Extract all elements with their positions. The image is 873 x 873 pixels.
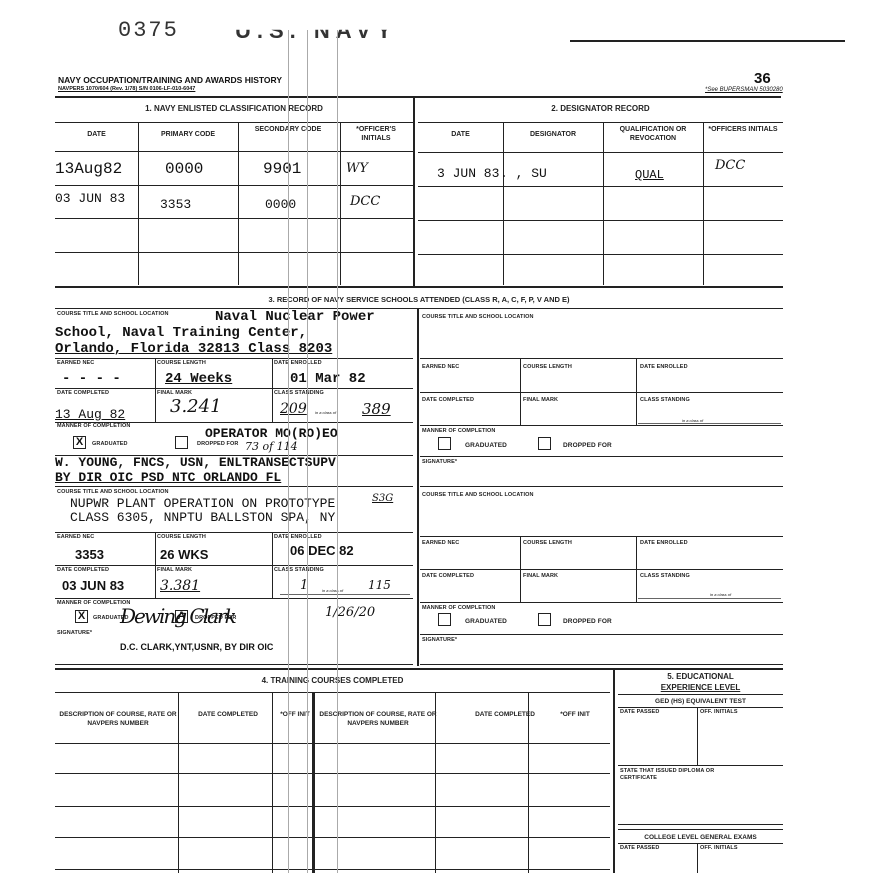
label-class-standing: CLASS STANDING xyxy=(274,567,324,573)
divider xyxy=(55,773,610,774)
section2-title: 2. DESIGNATOR RECORD xyxy=(418,104,783,113)
e2-signature-scrawl: Dewing Clark xyxy=(120,604,235,628)
divider xyxy=(55,869,610,870)
state-issued: STATE THAT ISSUED DIPLOMA OR CERTIFICATE xyxy=(620,768,740,782)
e1-course-length: 24 Weeks xyxy=(165,371,232,387)
divider xyxy=(155,358,156,422)
label-date-enrolled: DATE ENROLLED xyxy=(640,364,688,370)
divider xyxy=(418,186,783,187)
e1-earned-nec: - - - - xyxy=(62,371,121,387)
section1-title: 1. NAVY ENLISTED CLASSIFICATION RECORD xyxy=(55,104,413,113)
divider xyxy=(420,602,783,603)
s1-row2-initials: DCC xyxy=(350,194,380,209)
reference-note: *See BUPERSMAN 5030280 xyxy=(705,87,783,93)
divider xyxy=(55,565,413,566)
divider xyxy=(636,536,637,602)
divider xyxy=(55,252,413,253)
s2-row1-designator: . , SU xyxy=(500,166,547,181)
scan-artifact-line xyxy=(307,30,308,873)
e1-signature-line2: BY DIR OIC PSD NTC ORLANDO FL xyxy=(55,470,281,485)
s1-row2-secondary: 0000 xyxy=(265,197,296,212)
scan-artifact-line xyxy=(288,30,289,873)
e1-course-line3: Orlando, Florida 32813 Class 8203 xyxy=(55,341,332,357)
form-number: NAVPERS 1070/604 (Rev. 1/78) S/N 0106-LF… xyxy=(58,86,195,92)
e1-dropped-checkbox[interactable] xyxy=(175,436,188,449)
divider xyxy=(55,806,610,807)
divider xyxy=(520,536,521,602)
label-class-standing: CLASS STANDING xyxy=(640,397,690,403)
s1-row2-primary: 3353 xyxy=(160,197,191,212)
e1-annotation: OPERATOR MO(RO)EO xyxy=(205,426,338,441)
divider xyxy=(238,122,239,285)
s4-col-date-1: DATE COMPLETED xyxy=(183,710,273,719)
label-course-title: COURSE TITLE AND SCHOOL LOCATION xyxy=(422,314,534,320)
divider xyxy=(618,694,783,695)
stamp-faded: U.S. NAVY xyxy=(235,18,397,44)
divider xyxy=(420,425,783,426)
s4-col-date-2: DATE COMPLETED xyxy=(460,710,550,719)
divider xyxy=(417,308,419,666)
section3-title: 3. RECORD OF NAVY SERVICE SCHOOLS ATTEND… xyxy=(55,295,783,304)
college-off-initials: OFF. INITIALS xyxy=(700,845,738,851)
label-manner: MANNER OF COMPLETION xyxy=(422,605,496,611)
col-officers-initials: *OFFICERS INITIALS xyxy=(703,125,783,134)
label-course-length: COURSE LENGTH xyxy=(157,534,206,540)
e2-date-completed: 03 JUN 83 xyxy=(62,578,124,593)
s4-col-desc-1: DESCRIPTION OF COURSE, RATE OR NAVPERS N… xyxy=(58,710,178,728)
divider xyxy=(55,532,413,533)
divider xyxy=(155,532,156,598)
label-course-title: COURSE TITLE AND SCHOOL LOCATION xyxy=(422,492,534,498)
divider xyxy=(55,388,413,389)
divider xyxy=(418,254,783,255)
label-course-title: COURSE TITLE AND SCHOOL LOCATION xyxy=(57,311,169,317)
e2-in-a-class-of: in a class of xyxy=(322,588,343,593)
label-date-completed: DATE COMPLETED xyxy=(57,567,109,573)
divider xyxy=(618,829,783,830)
class-standing-underline xyxy=(638,423,781,424)
s2-row1-qualification: QUAL xyxy=(635,168,664,182)
header-rule xyxy=(55,96,781,98)
s1-row1-primary: 0000 xyxy=(165,160,203,178)
s2-row1-initials: DCC xyxy=(715,158,745,173)
divider xyxy=(55,692,610,693)
divider xyxy=(420,664,783,665)
col-officers-initials: *OFFICER'S INITIALS xyxy=(342,125,410,143)
e2-annotation-hand: 1/26/20 xyxy=(325,605,375,620)
divider xyxy=(272,358,273,422)
label-signature: SIGNATURE* xyxy=(422,459,457,465)
e2-signature-line1: D.C. CLARK,YNT,USNR, BY DIR OIC xyxy=(120,642,273,652)
divider xyxy=(420,392,783,393)
e1-in-a-class-of: in a class of xyxy=(315,410,336,415)
e4-graduated-checkbox[interactable] xyxy=(438,613,451,626)
divider xyxy=(312,692,315,873)
e2-graduated-checkbox[interactable]: X xyxy=(75,610,88,623)
divider xyxy=(613,668,615,873)
label-class-standing: CLASS STANDING xyxy=(274,390,324,396)
divider xyxy=(55,151,413,152)
divider xyxy=(418,220,783,221)
s1-row1-secondary: 9901 xyxy=(263,160,301,178)
divider xyxy=(703,122,704,285)
col-primary-code: PRIMARY CODE xyxy=(138,130,238,139)
college-title: COLLEGE LEVEL GENERAL EXAMS xyxy=(618,833,783,842)
e3-dropped-checkbox[interactable] xyxy=(538,437,551,450)
section5-title-1: 5. EDUCATIONAL xyxy=(618,672,783,681)
label-dropped-for: DROPPED FOR xyxy=(563,618,612,625)
divider xyxy=(636,358,637,425)
label-dropped-for: DROPPED FOR xyxy=(197,441,238,447)
divider xyxy=(55,358,413,359)
label-date-enrolled: DATE ENROLLED xyxy=(640,540,688,546)
divider xyxy=(340,122,341,285)
divider xyxy=(55,668,783,670)
divider xyxy=(520,358,521,425)
e2-course-line1: NUPWR PLANT OPERATION ON PROTOTYPE xyxy=(70,496,335,511)
ged-date-passed: DATE PASSED xyxy=(620,709,659,715)
e2-course-line2: CLASS 6305, NNPTU BALLSTON SPA, NY xyxy=(70,510,335,525)
col-designator: DESIGNATOR xyxy=(503,130,603,139)
label-date-completed: DATE COMPLETED xyxy=(57,390,109,396)
label-date-enrolled: DATE ENROLLED xyxy=(274,360,322,366)
form-title: NAVY OCCUPATION/TRAINING AND AWARDS HIST… xyxy=(58,75,282,85)
s1-row1-date: 13Aug82 xyxy=(55,160,122,178)
divider xyxy=(55,218,413,219)
divider xyxy=(272,692,273,873)
s4-col-desc-2: DESCRIPTION OF COURSE, RATE OR NAVPERS N… xyxy=(318,710,438,728)
e2-earned-nec: 3353 xyxy=(75,547,104,562)
label-earned-nec: EARNED NEC xyxy=(422,540,459,546)
s1-row1-initials: WY xyxy=(346,161,368,176)
divider xyxy=(603,122,604,285)
label-date-completed: DATE COMPLETED xyxy=(422,397,474,403)
col-date: DATE xyxy=(55,130,138,139)
e4-dropped-checkbox[interactable] xyxy=(538,613,551,626)
label-earned-nec: EARNED NEC xyxy=(57,534,94,540)
class-standing-underline xyxy=(280,594,410,595)
college-date-passed: DATE PASSED xyxy=(620,845,659,851)
section4-title: 4. TRAINING COURSES COMPLETED xyxy=(55,676,610,685)
e1-final-mark: 3.241 xyxy=(170,396,222,417)
label-earned-nec: EARNED NEC xyxy=(422,364,459,370)
divider xyxy=(418,152,783,153)
e2-course-hand: S3G xyxy=(372,493,393,504)
e2-date-enrolled: 06 DEC 82 xyxy=(290,543,354,558)
divider xyxy=(435,692,436,873)
s2-row1-date: 3 JUN 83 xyxy=(437,166,499,181)
divider xyxy=(503,122,504,285)
divider xyxy=(420,456,783,457)
divider xyxy=(55,286,783,288)
divider xyxy=(272,532,273,598)
label-class-standing: CLASS STANDING xyxy=(640,573,690,579)
divider xyxy=(618,707,783,708)
label-final-mark: FINAL MARK xyxy=(523,397,558,403)
label-course-title: COURSE TITLE AND SCHOOL LOCATION xyxy=(57,489,169,495)
label-final-mark: FINAL MARK xyxy=(523,573,558,579)
label-earned-nec: EARNED NEC xyxy=(57,360,94,366)
divider xyxy=(178,692,179,873)
stamp-number: 0375 xyxy=(118,18,179,43)
divider xyxy=(618,765,783,766)
label-course-length: COURSE LENGTH xyxy=(523,364,572,370)
top-rule xyxy=(570,40,845,42)
label-final-mark: FINAL MARK xyxy=(157,567,192,573)
scan-artifact-line xyxy=(337,30,338,873)
divider xyxy=(138,122,139,285)
e1-course-line1: Naval Nuclear Power xyxy=(215,309,375,325)
ged-title: GED (HS) EQUIVALENT TEST xyxy=(618,697,783,706)
class-standing-underline xyxy=(638,598,781,599)
label-signature: SIGNATURE* xyxy=(422,637,457,643)
divider xyxy=(55,743,610,744)
label-date-completed: DATE COMPLETED xyxy=(422,573,474,579)
e1-course-line2: School, Naval Training Center, xyxy=(55,325,307,341)
e1-date-enrolled: 01 Mar 82 xyxy=(290,371,366,387)
divider xyxy=(420,486,783,487)
e1-graduated-checkbox[interactable]: X xyxy=(73,436,86,449)
divider xyxy=(618,824,783,825)
divider xyxy=(420,634,783,635)
divider xyxy=(418,122,783,123)
divider xyxy=(420,536,783,537)
page-number: 36 xyxy=(754,70,771,87)
label-graduated: GRADUATED xyxy=(465,618,507,625)
label-signature: SIGNATURE* xyxy=(57,630,92,636)
label-course-length: COURSE LENGTH xyxy=(157,360,206,366)
col-date: DATE xyxy=(418,130,503,139)
divider xyxy=(420,358,783,359)
ged-off-initials: OFF. INITIALS xyxy=(700,709,738,715)
e1-signature-line1: W. YOUNG, FNCS, USN, ENLTRANSECTSUPV xyxy=(55,455,336,470)
divider xyxy=(618,843,783,844)
e1-class-standing: 209 xyxy=(280,401,307,417)
e4-in-a-class-of: in a class of xyxy=(710,592,731,597)
e2-class-size: 115 xyxy=(368,578,391,592)
divider xyxy=(55,486,413,487)
e1-annotation-hand: 73 of 114 xyxy=(245,440,298,453)
col-qualification: QUALIFICATION OR REVOCATION xyxy=(603,125,703,143)
divider xyxy=(697,843,698,873)
label-manner: MANNER OF COMPLETION xyxy=(57,423,131,429)
divider xyxy=(55,308,783,309)
section5-title-2: EXPERIENCE LEVEL xyxy=(618,683,783,692)
divider xyxy=(55,185,413,186)
label-manner: MANNER OF COMPLETION xyxy=(422,428,496,434)
divider xyxy=(55,664,413,665)
s4-col-init-2: *OFF INIT xyxy=(555,710,595,719)
s1-row2-date: 03 JUN 83 xyxy=(55,191,125,206)
divider xyxy=(528,692,529,873)
divider xyxy=(413,96,415,286)
label-graduated: GRADUATED xyxy=(92,441,128,447)
divider xyxy=(697,707,698,765)
divider xyxy=(420,569,783,570)
label-dropped-for: DROPPED FOR xyxy=(563,442,612,449)
divider xyxy=(55,598,413,599)
divider xyxy=(55,122,413,123)
e1-date-completed: 13 Aug 82 xyxy=(55,407,125,422)
label-graduated: GRADUATED xyxy=(465,442,507,449)
e2-final-mark: 3.381 xyxy=(160,578,200,594)
divider xyxy=(55,837,610,838)
e2-course-length: 26 WKS xyxy=(160,547,208,562)
label-date-enrolled: DATE ENROLLED xyxy=(274,534,322,540)
s4-col-init-1: *OFF INIT xyxy=(275,710,315,719)
e1-class-size: 389 xyxy=(362,400,391,418)
e3-graduated-checkbox[interactable] xyxy=(438,437,451,450)
label-course-length: COURSE LENGTH xyxy=(523,540,572,546)
